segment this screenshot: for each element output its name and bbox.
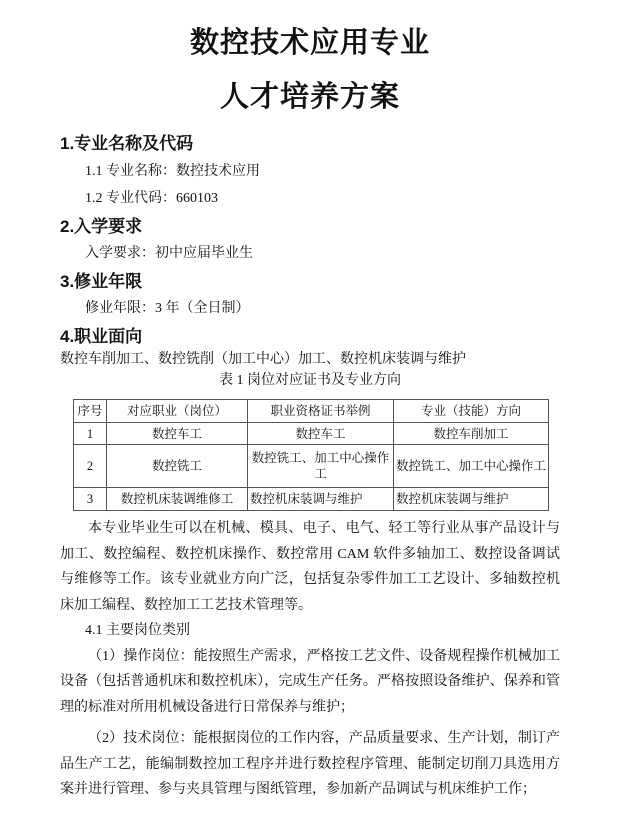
cell-skill-direction: 数控铣工、加工中心操作工 — [394, 445, 549, 488]
col-header-certificate: 职业资格证书举例 — [248, 400, 394, 423]
cell-skill-direction: 数控车削加工 — [394, 423, 549, 445]
cell-occupation: 数控机床装调维修工 — [107, 488, 248, 511]
cell-index: 2 — [74, 445, 107, 488]
cell-occupation: 数控车工 — [107, 423, 248, 445]
section-heading-4: 4.职业面向 — [60, 323, 560, 351]
col-header-skill-direction: 专业（技能）方向 — [394, 400, 549, 423]
sub-heading-4-1: 4.1 主要岗位类别 — [60, 618, 560, 644]
cell-skill-direction: 数控机床装调与维护 — [394, 488, 549, 511]
operation-post-paragraph: （1）操作岗位：能按照生产需求，严格按工艺文件、设备规程操作机械加工设备（包括普… — [60, 644, 560, 721]
col-header-occupation: 对应职业（岗位） — [107, 400, 248, 423]
career-direction-line: 数控车削加工、数控铣削（加工中心）加工、数控机床装调与维护 — [60, 350, 560, 370]
section-heading-1: 1.专业名称及代码 — [60, 130, 560, 158]
section-heading-2: 2.入学要求 — [60, 213, 560, 241]
cell-certificate: 数控车工 — [248, 423, 394, 445]
section-heading-3: 3.修业年限 — [60, 268, 560, 296]
section1-item-name: 1.1 专业名称：数控技术应用 — [60, 158, 560, 186]
table-row: 3 数控机床装调维修工 数控机床装调与维护 数控机床装调与维护 — [74, 488, 549, 511]
col-header-index: 序号 — [74, 400, 107, 423]
employment-paragraph: 本专业毕业生可以在机械、模具、电子、电气、轻工等行业从事产品设计与加工、数控编程… — [60, 516, 560, 618]
cell-index: 3 — [74, 488, 107, 511]
table-header-row: 序号 对应职业（岗位） 职业资格证书举例 专业（技能）方向 — [74, 400, 549, 423]
table-caption: 表 1 岗位对应证书及专业方向 — [60, 371, 560, 391]
table-row: 1 数控车工 数控车工 数控车削加工 — [74, 423, 549, 445]
section2-item-requirement: 入学要求：初中应届毕业生 — [60, 240, 560, 268]
cell-index: 1 — [74, 423, 107, 445]
jobs-certificates-table: 序号 对应职业（岗位） 职业资格证书举例 专业（技能）方向 1 数控车工 数控车… — [73, 399, 549, 511]
section1-item-code: 1.2 专业代码：660103 — [60, 185, 560, 213]
technical-post-paragraph: （2）技术岗位：能根据岗位的工作内容，产品质量要求、生产计划，制订产品生产工艺，… — [60, 726, 560, 803]
cell-certificate: 数控机床装调与维护 — [248, 488, 394, 511]
page-title-line1: 数控技术应用专业 — [60, 22, 560, 64]
section3-item-duration: 修业年限：3 年（全日制） — [60, 295, 560, 323]
cell-certificate: 数控铣工、加工中心操作工 — [248, 445, 394, 488]
document-page: 数控技术应用专业 人才培养方案 1.专业名称及代码 1.1 专业名称：数控技术应… — [0, 0, 624, 820]
page-title-line2: 人才培养方案 — [60, 76, 560, 118]
table-row: 2 数控铣工 数控铣工、加工中心操作工 数控铣工、加工中心操作工 — [74, 445, 549, 488]
cell-occupation: 数控铣工 — [107, 445, 248, 488]
